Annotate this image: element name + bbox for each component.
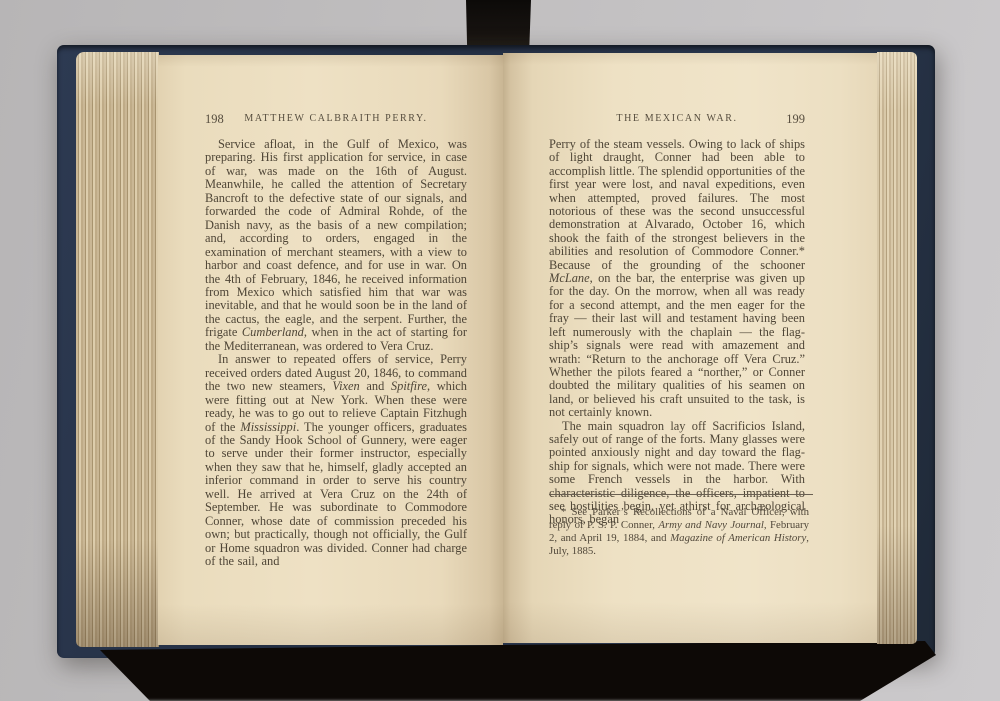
page-edges-left xyxy=(76,52,159,647)
text-segment: and xyxy=(360,379,391,393)
text-segment: , on the bar, the enterprise was given u… xyxy=(549,271,805,419)
paragraph: In answer to repeated offers of service,… xyxy=(205,353,467,568)
left-page-body: Service afloat, in the Gulf of Mexico, w… xyxy=(205,138,467,569)
page-number-left: 198 xyxy=(205,112,224,127)
right-page-body: Perry of the steam vessels. Owing to lac… xyxy=(549,138,805,527)
right-page: THE MEXICAN WAR. 199 Perry of the steam … xyxy=(503,53,877,643)
italic-text-segment: Spitfire xyxy=(391,379,427,393)
text-segment: Perry of the steam vessels. Owing to lac… xyxy=(549,137,805,272)
paragraph: Service afloat, in the Gulf of Mexico, w… xyxy=(205,138,467,353)
paragraph: Perry of the steam vessels. Owing to lac… xyxy=(549,138,805,420)
footnote-rule xyxy=(549,494,813,495)
italic-text-segment: Vixen xyxy=(332,379,359,393)
footnote: * See Parker’s Recollections of a Naval … xyxy=(549,506,809,558)
italic-text-segment: Mississippi xyxy=(240,420,296,434)
left-page-header: 198 MATTHEW CALBRAITH PERRY. xyxy=(205,113,467,128)
running-header-left: MATTHEW CALBRAITH PERRY. xyxy=(205,113,467,124)
open-book: 198 MATTHEW CALBRAITH PERRY. Service afl… xyxy=(0,0,1000,701)
italic-text-segment: McLane xyxy=(549,271,590,285)
italic-text-segment: Army and Navy Journal xyxy=(658,519,764,531)
running-header-right: THE MEXICAN WAR. xyxy=(549,113,805,124)
right-page-header: THE MEXICAN WAR. 199 xyxy=(549,113,805,128)
italic-text-segment: Magazine of American History xyxy=(670,532,806,544)
book-photograph-scene: 198 MATTHEW CALBRAITH PERRY. Service afl… xyxy=(0,0,1000,701)
text-segment: Service afloat, in the Gulf of Mexico, w… xyxy=(205,137,467,339)
text-segment: . The younger officers, graduates of the… xyxy=(205,420,467,569)
page-number-right: 199 xyxy=(786,112,805,127)
left-page: 198 MATTHEW CALBRAITH PERRY. Service afl… xyxy=(158,55,503,645)
page-edges-right xyxy=(877,52,917,644)
italic-text-segment: Cumberland xyxy=(242,325,304,339)
